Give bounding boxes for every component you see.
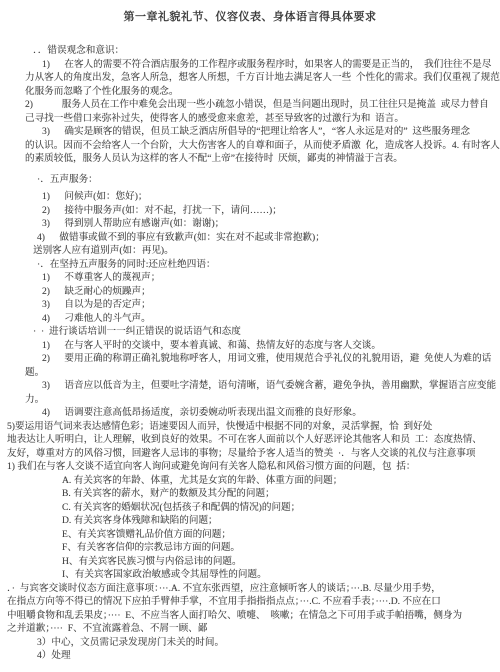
text-line: 2) 要用正确的称谓正确礼貌地称呼客人，用词文雅，使用规范合乎礼仪的礼貌用语，避… bbox=[42, 352, 500, 366]
document-body: ．．错误观念和意识：1) 在客人的需要不符合酒店服务的工作程序或服务程序时，如果… bbox=[0, 44, 500, 663]
text-line: ．．错误观念和意识： bbox=[33, 44, 500, 58]
text-line: · · 进行谈话培训一一纠正错误的说话语气和态度 bbox=[33, 325, 500, 339]
text-line: ·．五声服务： bbox=[37, 173, 500, 187]
text-line: 3) 自以为是的否定声； bbox=[42, 298, 500, 312]
text-line: 的认识。因而不会给客人一个台阶，大大伤害客人的自尊和面子，从而使矛盾激 化，造成… bbox=[25, 139, 500, 153]
text-line: 友好，尊重对方的风俗习惯，回避客人忌讳的事物；尽量给予客人适当的赞美 ·．与客人… bbox=[7, 447, 500, 461]
text-line: 3) 得到别人帮助应有感谢声(如：谢谢)； bbox=[42, 217, 500, 231]
text-line: 1) 不尊重客人的蔑视声； bbox=[42, 271, 500, 285]
text-line: H、有关宾客民族习惯与内俗忌讳的问题。 bbox=[62, 555, 500, 569]
text-line: E、有关宾客馈赠礼品价值方面的问题； bbox=[62, 528, 500, 542]
text-line: B. 有关宾客的薪水，财产的数额及其分配的问题； bbox=[62, 487, 500, 501]
text-line: 4) 做错事或做不到的事应有致歉声(如：实在对不起或非常抱歉)； bbox=[37, 231, 500, 245]
text-line: 送别客人应有道别声(如：再见)。 bbox=[33, 244, 500, 258]
text-line: 2) 缺乏耐心的烦躁声； bbox=[42, 285, 500, 299]
text-line: 1) 在客人的需要不符合酒店服务的工作程序或服务程序时，如果客人的需要是正当的，… bbox=[42, 58, 500, 72]
text-line: I、有关宾客国家政治敏感或令其屈辱性的问题。 bbox=[62, 568, 500, 582]
text-line: 己寻找一些借口来弥补过失，使得客人的感受愈来愈差，甚至导致客的过激行为和 语言。 bbox=[25, 112, 500, 126]
text-line: 在指点方向等不得已的情况下应拍手臂伸手掌，不宜用手指指指点点；···.C. 不应… bbox=[7, 595, 500, 609]
text-line: 力。 bbox=[25, 393, 500, 407]
text-line: 4) 刁难他人的斗气声。 bbox=[42, 312, 500, 326]
text-line: 1) 在与客人平时的交谈中，要本着真诚、和蔼、热情友好的态度与客人交谈。 bbox=[42, 339, 500, 353]
text-line: 力从客人的角度出发，急客人所急，想客人所想，千方百计地去满足客人一些 个性化的需… bbox=[25, 71, 500, 85]
document-title: 第一章礼貌礼节、仪容仪表、身体语言得具体要求 bbox=[0, 0, 500, 24]
text-line: 题。 bbox=[25, 366, 500, 380]
text-line: F、有关客客信仰的宗教忌讳方面的问题。 bbox=[62, 541, 500, 555]
text-line: 的素质较低，服务人员认为这样的客人不配“上帝”在接待时 厌烦，鄙夷的神情溢于言表… bbox=[25, 152, 500, 166]
text-line: ．· 与宾客交谈时仪态方面注意事项：···.A. 不宜东张西望，应注意倾听客人的… bbox=[7, 582, 500, 596]
text-line: 1) 我们在与客人交谈不适宜向客人询问或避免询问有关客人隐私和风俗习惯方面的问题… bbox=[7, 460, 500, 474]
text-line: 之并道歉；···· F、不宜流露着急、不屑一顾、鄙 bbox=[7, 622, 500, 636]
text-line: 2) 接待中服务声(如：对不起，打扰一下，请问……)； bbox=[42, 204, 500, 218]
text-line: 3) 确实是顾客的错误，但员工缺乏酒店所倡导的“把理让给客人”，“客人永远是对的… bbox=[42, 125, 500, 139]
text-line: 4）处理 bbox=[37, 649, 500, 663]
text-line: 化服务而忽略了个性化服务的观念。 bbox=[25, 85, 500, 99]
text-line: 4) 语调要注意高低昂扬适度，亲切委婉动听表现出温文而雅的良好形象。 bbox=[42, 406, 500, 420]
text-line: 2) 服务人员在工作中难免会出现一些小疏忽小错误，但是当问题出现时，员工往往只是… bbox=[25, 98, 500, 112]
text-line: 地表达让人听明白，让人理解，收到良好的效果。不可在客人面前以个人好恶评论其他客人… bbox=[7, 433, 500, 447]
text-line: 中咀嚼食物和乱丢果皮；···· E、不应当客人面打哈欠、喷嚏、 咳嗽；在情急之下… bbox=[7, 609, 500, 623]
text-line: 5)要运用语气词来表达感情色彩；语速要因人而异，快慢适中根据不同的对象，灵活掌握… bbox=[7, 420, 500, 434]
text-line: ·．在坚持五声服务的同时:还应杜绝四语： bbox=[37, 258, 500, 272]
text-line: C. 有关宾客的婚姻状况(包括孩子和配偶的情况)的问题； bbox=[62, 501, 500, 515]
text-line: A. 有关宾客的年龄、体重，尤其是女宾的年龄、体重方面的问题； bbox=[62, 474, 500, 488]
text-line: D. 有关宾客身体残障和缺陷的问题； bbox=[62, 514, 500, 528]
text-line: 3）中心，文员需记录发现房门未关的时间。 bbox=[37, 636, 500, 650]
document-page: 第一章礼貌礼节、仪容仪表、身体语言得具体要求 ．．错误观念和意识：1) 在客人的… bbox=[0, 0, 500, 672]
text-line: 1) 问候声(如：您好)； bbox=[42, 190, 500, 204]
text-line: 3) 语音应以低音为主，但要吐字清楚，语句清晰，语气委婉含蓄，避免争执，善用幽默… bbox=[42, 379, 500, 393]
